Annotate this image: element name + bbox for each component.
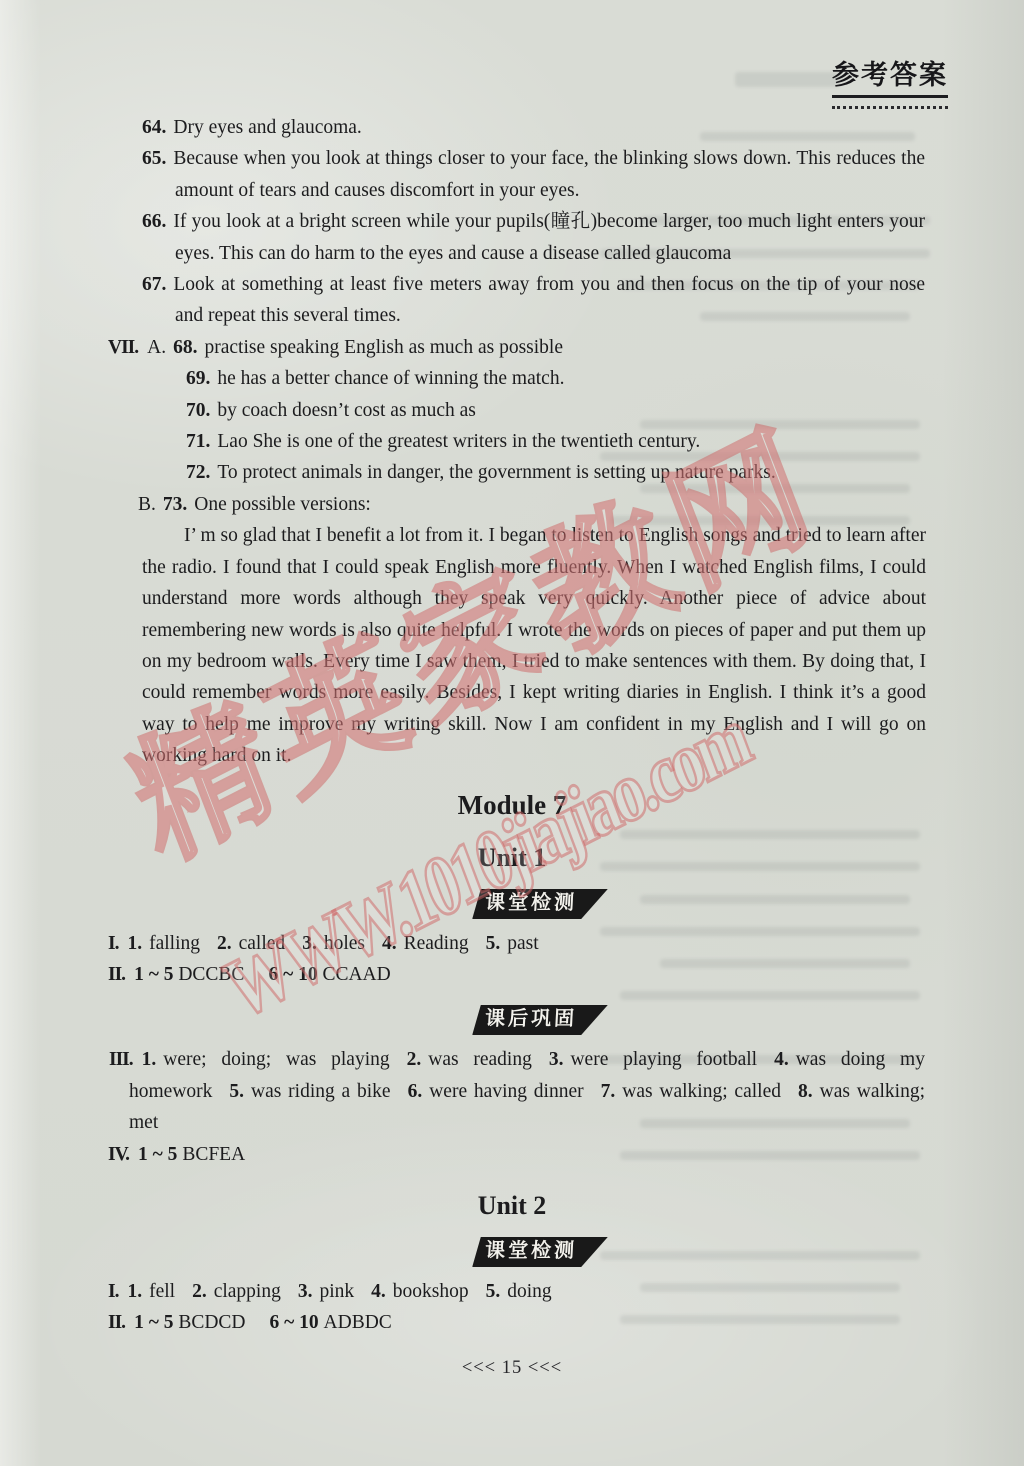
item-text: Lao She is one of the greatest writers i… — [217, 431, 700, 452]
item-number: 67. — [142, 274, 166, 295]
item-number: 71. — [186, 431, 210, 452]
item-number: 70. — [186, 400, 210, 421]
answer-range: 1 ~ 5 — [138, 1144, 177, 1165]
answer-text: fell — [149, 1281, 175, 1302]
item-text: he has a better chance of winning the ma… — [217, 368, 564, 389]
page-title: 参考答案 — [832, 60, 948, 90]
answer-range: 6 ~ 10 — [268, 964, 317, 985]
item-text: by coach doesn’t cost as much as — [217, 400, 476, 421]
roman-numeral: I. — [108, 1281, 118, 1302]
answer-number: 8. — [798, 1081, 813, 1102]
answer-text: falling — [149, 933, 200, 954]
part-label-a: A. — [147, 337, 166, 358]
answer-number: 3. — [302, 933, 317, 954]
item-number: 64. — [142, 117, 166, 138]
unit2-heading: Unit 2 — [0, 1190, 1024, 1222]
answer-number: 7. — [601, 1081, 616, 1102]
banner-row: 课堂检测 — [0, 1237, 1024, 1267]
answer-number: 1. — [142, 1049, 157, 1070]
answer-number: 1. — [127, 1281, 142, 1302]
banner-row: 课堂检测 — [0, 889, 1024, 919]
header-dotted-rule — [832, 106, 948, 109]
answer-item-71: 71.Lao She is one of the greatest writer… — [186, 426, 1024, 457]
unit1-section1-answers: I.1.falling2.called3.holes4.Reading5.pas… — [108, 928, 1024, 959]
banner-row: 课后巩固 — [0, 1005, 1024, 1035]
unit2-section2-answers: II.1 ~ 5 BCDCD6 ~ 10 ADBDC — [108, 1307, 1024, 1338]
answer-number: 5. — [229, 1081, 244, 1102]
answer-range: 1 ~ 5 — [134, 964, 173, 985]
answer-letters: BCDCD — [178, 1312, 245, 1333]
answer-text: were having dinner — [429, 1081, 583, 1102]
answer-item-73: B.73.One possible versions: — [138, 489, 1024, 520]
roman-numeral: II. — [108, 1312, 125, 1333]
classroom-test-banner: 课堂检测 — [472, 1237, 608, 1267]
answer-text: Reading — [404, 933, 469, 954]
answer-range: 6 ~ 10 — [270, 1312, 319, 1333]
page-header: 参考答案 — [832, 60, 948, 109]
answer-key-page: 参考答案 64.Dry eyes and glaucoma. 65.Becaus… — [0, 0, 1024, 1466]
answer-letters: DCCBC — [178, 964, 244, 985]
answer-number: 2. — [217, 933, 232, 954]
roman-numeral: I. — [108, 933, 118, 954]
item-text: If you look at a bright screen while you… — [173, 211, 925, 263]
answer-item-66: 66.If you look at a bright screen while … — [175, 206, 925, 269]
header-underline — [832, 95, 948, 98]
answer-text: were; doing; was playing — [163, 1049, 389, 1070]
model-essay: I’ m so glad that I benefit a lot from i… — [142, 520, 926, 771]
answer-number: 4. — [382, 933, 397, 954]
item-text: To protect animals in danger, the govern… — [217, 462, 775, 483]
answer-letters: ADBDC — [324, 1312, 392, 1333]
answer-item-70: 70.by coach doesn’t cost as much as — [186, 395, 1024, 426]
answer-number: 5. — [486, 1281, 501, 1302]
item-number: 68. — [173, 337, 197, 358]
answer-text: was reading — [428, 1049, 532, 1070]
item-number: 72. — [186, 462, 210, 483]
answer-text: called — [239, 933, 286, 954]
answer-text: were playing football — [570, 1049, 757, 1070]
consolidation-banner: 课后巩固 — [472, 1005, 608, 1035]
answer-number: 6. — [408, 1081, 423, 1102]
item-number: 66. — [142, 211, 166, 232]
answer-item-72: 72.To protect animals in danger, the gov… — [186, 457, 1024, 488]
answer-text: holes — [324, 933, 365, 954]
answer-text: clapping — [214, 1281, 281, 1302]
unit1-section2-answers: II.1 ~ 5 DCCBC6 ~ 10 CCAAD — [108, 959, 1024, 990]
roman-numeral: IV. — [108, 1144, 129, 1165]
answer-letters: BCFEA — [182, 1144, 245, 1165]
answer-range: 1 ~ 5 — [134, 1312, 173, 1333]
bleed-through-text — [735, 72, 840, 87]
item-text: One possible versions: — [194, 494, 371, 515]
item-text: Look at something at least five meters a… — [173, 274, 925, 326]
answer-number: 4. — [371, 1281, 386, 1302]
roman-numeral: III. — [109, 1049, 133, 1070]
answer-text: doing — [507, 1281, 551, 1302]
unit1-section4-answers: IV.1 ~ 5 BCFEA — [108, 1139, 1024, 1170]
item-number: 65. — [142, 148, 166, 169]
answer-text: was riding a bike — [251, 1081, 391, 1102]
part-label-b: B. — [138, 494, 156, 515]
answer-number: 4. — [774, 1049, 789, 1070]
answer-number: 2. — [192, 1281, 207, 1302]
section-roman-numeral: VII. — [108, 337, 138, 358]
answer-text: bookshop — [393, 1281, 469, 1302]
answer-number: 1. — [127, 933, 142, 954]
item-number: 73. — [163, 494, 187, 515]
item-text: Because when you look at things closer t… — [173, 148, 925, 200]
module-heading: Module 7 — [0, 788, 1024, 822]
answer-number: 2. — [407, 1049, 422, 1070]
unit1-heading: Unit 1 — [0, 842, 1024, 874]
answer-item-69: 69.he has a better chance of winning the… — [186, 363, 1024, 394]
answer-item-68: VII.A.68.practise speaking English as mu… — [108, 332, 1024, 363]
answer-text: was walking; called — [622, 1081, 781, 1102]
item-text: practise speaking English as much as pos… — [204, 337, 563, 358]
page-content: 64.Dry eyes and glaucoma. 65.Because whe… — [0, 112, 1024, 1384]
page-number: <<< 15 <<< — [0, 1353, 1024, 1384]
unit1-section3-answers: III.1.were; doing; was playing2.was read… — [129, 1044, 925, 1138]
answer-number: 3. — [549, 1049, 564, 1070]
answer-item-64: 64.Dry eyes and glaucoma. — [175, 112, 925, 143]
answer-text: pink — [319, 1281, 354, 1302]
answer-item-67: 67.Look at something at least five meter… — [175, 269, 925, 332]
answer-letters: CCAAD — [322, 964, 390, 985]
roman-numeral: II. — [108, 964, 125, 985]
answer-number: 5. — [486, 933, 501, 954]
answer-number: 3. — [298, 1281, 313, 1302]
classroom-test-banner: 课堂检测 — [472, 889, 608, 919]
unit2-section1-answers: I.1.fell2.clapping3.pink4.bookshop5.doin… — [108, 1276, 1024, 1307]
answer-text: past — [507, 933, 538, 954]
answer-item-65: 65.Because when you look at things close… — [175, 143, 925, 206]
item-number: 69. — [186, 368, 210, 389]
item-text: Dry eyes and glaucoma. — [173, 117, 361, 138]
